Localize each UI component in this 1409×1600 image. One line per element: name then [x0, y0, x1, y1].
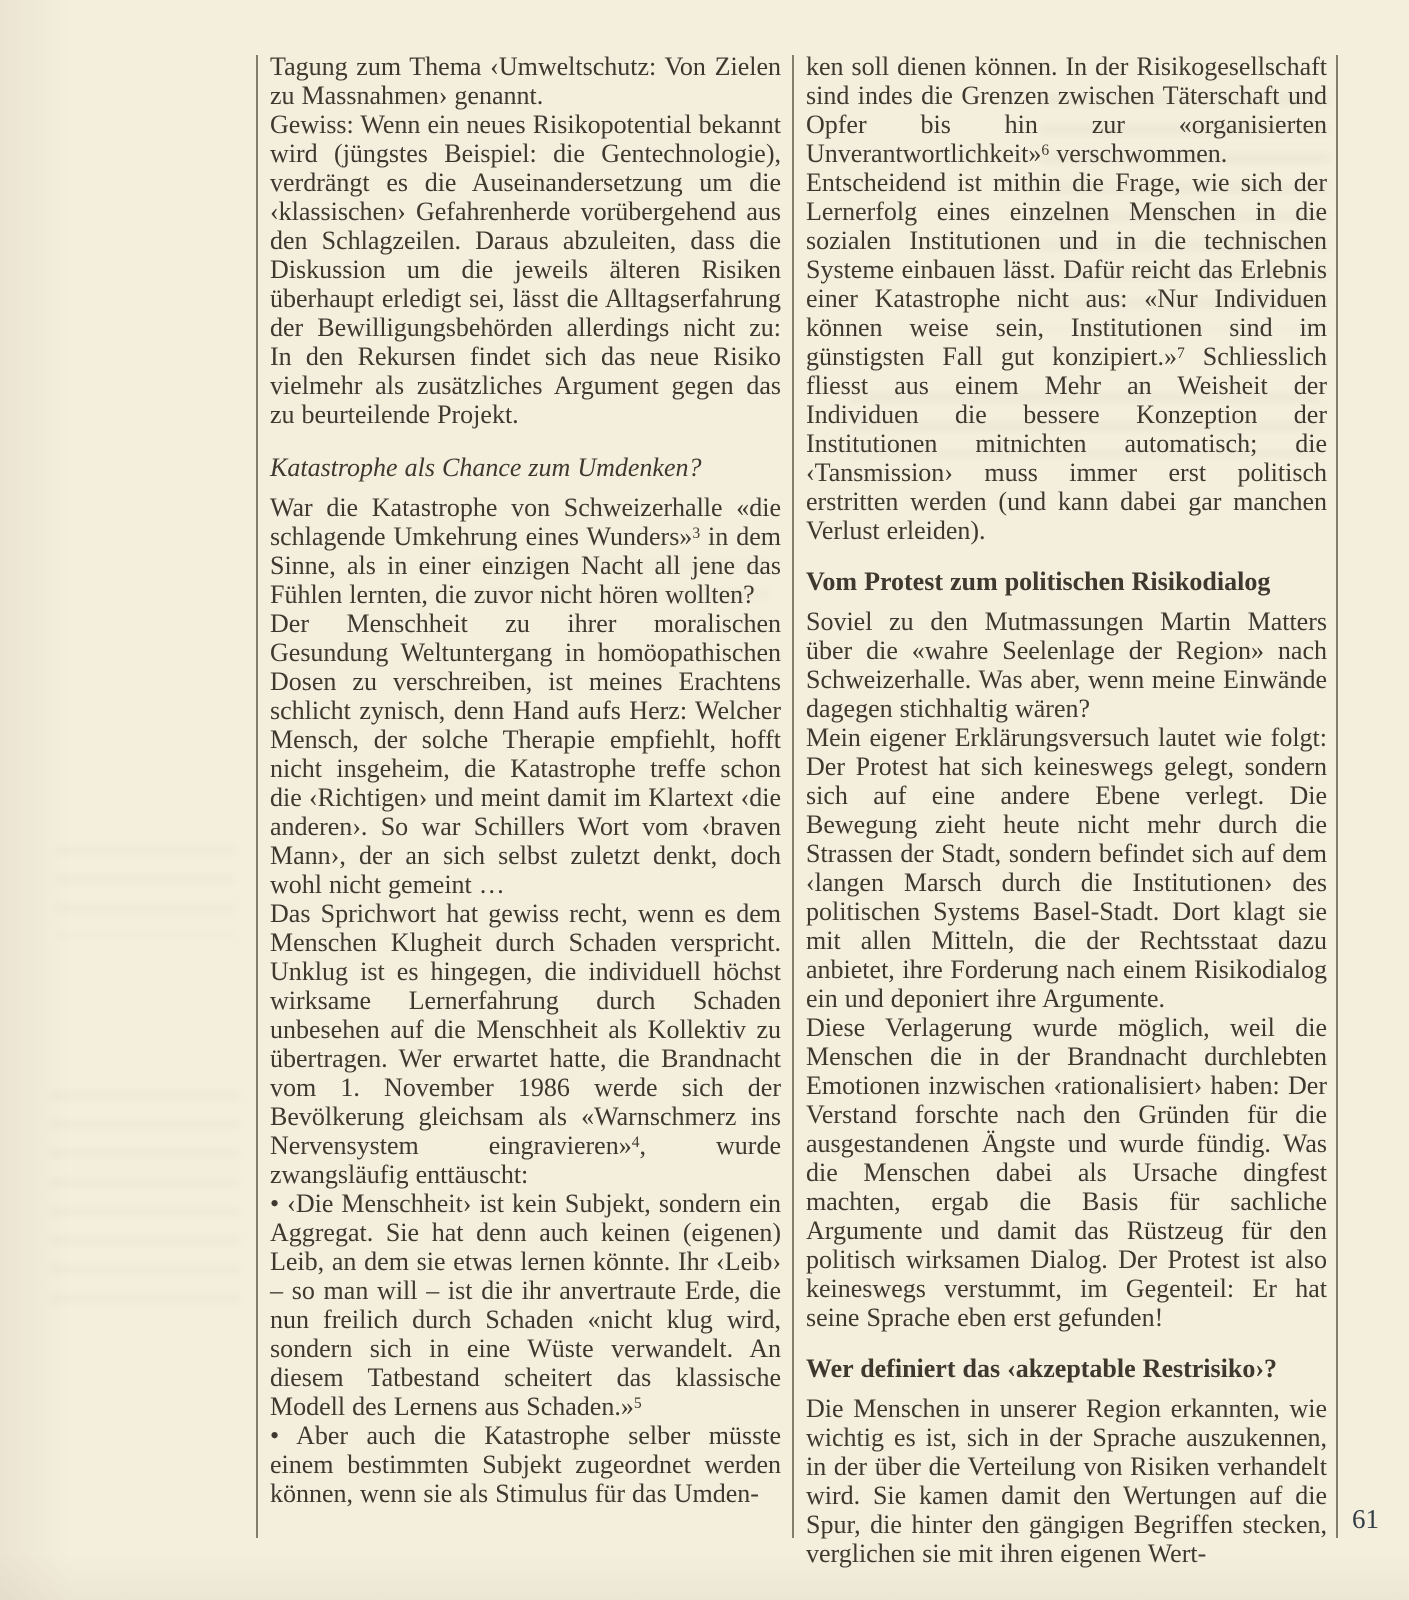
text-run: Vom Protest zum politischen Risikodialog — [806, 567, 1270, 596]
paragraph: Diese Verlagerung wurde möglich, weil di… — [806, 1013, 1327, 1332]
bleed-through-artifact — [50, 1090, 240, 1320]
section-heading: Katastrophe als Chance zum Umdenken? — [270, 453, 781, 482]
column-rule-left — [256, 55, 258, 1538]
bullet-paragraph: • ‹Die Menschheit› ist kein Subjekt, son… — [270, 1189, 781, 1421]
column-rule-right — [1336, 55, 1338, 1538]
paragraph: Mein eigener Erklärungsversuch lautet wi… — [806, 723, 1327, 1013]
scanned-page: Tagung zum Thema ‹Umweltschutz: Von Ziel… — [0, 0, 1409, 1600]
section-heading: Vom Protest zum politischen Risikodialog — [806, 567, 1327, 596]
text-run: • Aber auch die Katastrophe selber müsst… — [270, 1421, 781, 1508]
paragraph: War die Katastrophe von Schweizerhalle «… — [270, 493, 781, 609]
footnote-marker: 6 — [1041, 142, 1049, 159]
text-run: Mein eigener Erklärungsversuch lautet wi… — [806, 723, 1327, 1013]
text-run: Das Sprichwort hat gewiss recht, wenn es… — [270, 899, 781, 1160]
paragraph: Entscheidend ist mithin die Frage, wie s… — [806, 168, 1327, 545]
text-run: Tagung zum Thema ‹Umweltschutz: Von Ziel… — [270, 52, 781, 110]
paragraph: Die Menschen in unserer Region erkannten… — [806, 1394, 1327, 1568]
text-run: Schliesslich fliesst aus einem Mehr an W… — [806, 342, 1327, 545]
footnote-marker: 7 — [1177, 345, 1185, 362]
page-number: 61 — [1352, 1504, 1379, 1535]
text-column-left: Tagung zum Thema ‹Umweltschutz: Von Ziel… — [270, 52, 781, 1508]
text-run: verschwommen. — [1049, 139, 1227, 168]
paragraph: Der Menschheit zu ihrer moralischen Gesu… — [270, 609, 781, 899]
footnote-marker: 3 — [692, 525, 700, 542]
text-run: Der Menschheit zu ihrer moralischen Gesu… — [270, 609, 781, 899]
column-rule-middle — [792, 55, 794, 1538]
bleed-through-artifact — [55, 845, 235, 937]
paragraph: Das Sprichwort hat gewiss recht, wenn es… — [270, 899, 781, 1189]
paragraph: ken soll dienen können. In der Risikoges… — [806, 52, 1327, 168]
text-run: Entscheidend ist mithin die Frage, wie s… — [806, 168, 1327, 371]
bullet-paragraph: • Aber auch die Katastrophe selber müsst… — [270, 1421, 781, 1508]
footnote-marker: 5 — [634, 1395, 642, 1412]
section-heading: Wer definiert das ‹akzeptable Restrisiko… — [806, 1354, 1327, 1383]
text-run: Gewiss: Wenn ein neues Risikopotential b… — [270, 110, 781, 429]
footnote-marker: 4 — [632, 1134, 640, 1151]
text-column-right: ken soll dienen können. In der Risikoges… — [806, 52, 1327, 1568]
paragraph: Gewiss: Wenn ein neues Risikopotential b… — [270, 110, 781, 429]
text-run: Katastrophe als Chance zum Umdenken? — [270, 453, 702, 482]
text-run: • ‹Die Menschheit› ist kein Subjekt, son… — [270, 1189, 781, 1421]
paragraph: Tagung zum Thema ‹Umweltschutz: Von Ziel… — [270, 52, 781, 110]
text-run: Die Menschen in unserer Region erkannten… — [806, 1394, 1327, 1568]
text-run: Wer definiert das ‹akzeptable Restrisiko… — [806, 1354, 1277, 1383]
text-run: Soviel zu den Mutmassungen Martin Matter… — [806, 607, 1327, 723]
paragraph: Soviel zu den Mutmassungen Martin Matter… — [806, 607, 1327, 723]
text-run: Diese Verlagerung wurde möglich, weil di… — [806, 1013, 1327, 1332]
